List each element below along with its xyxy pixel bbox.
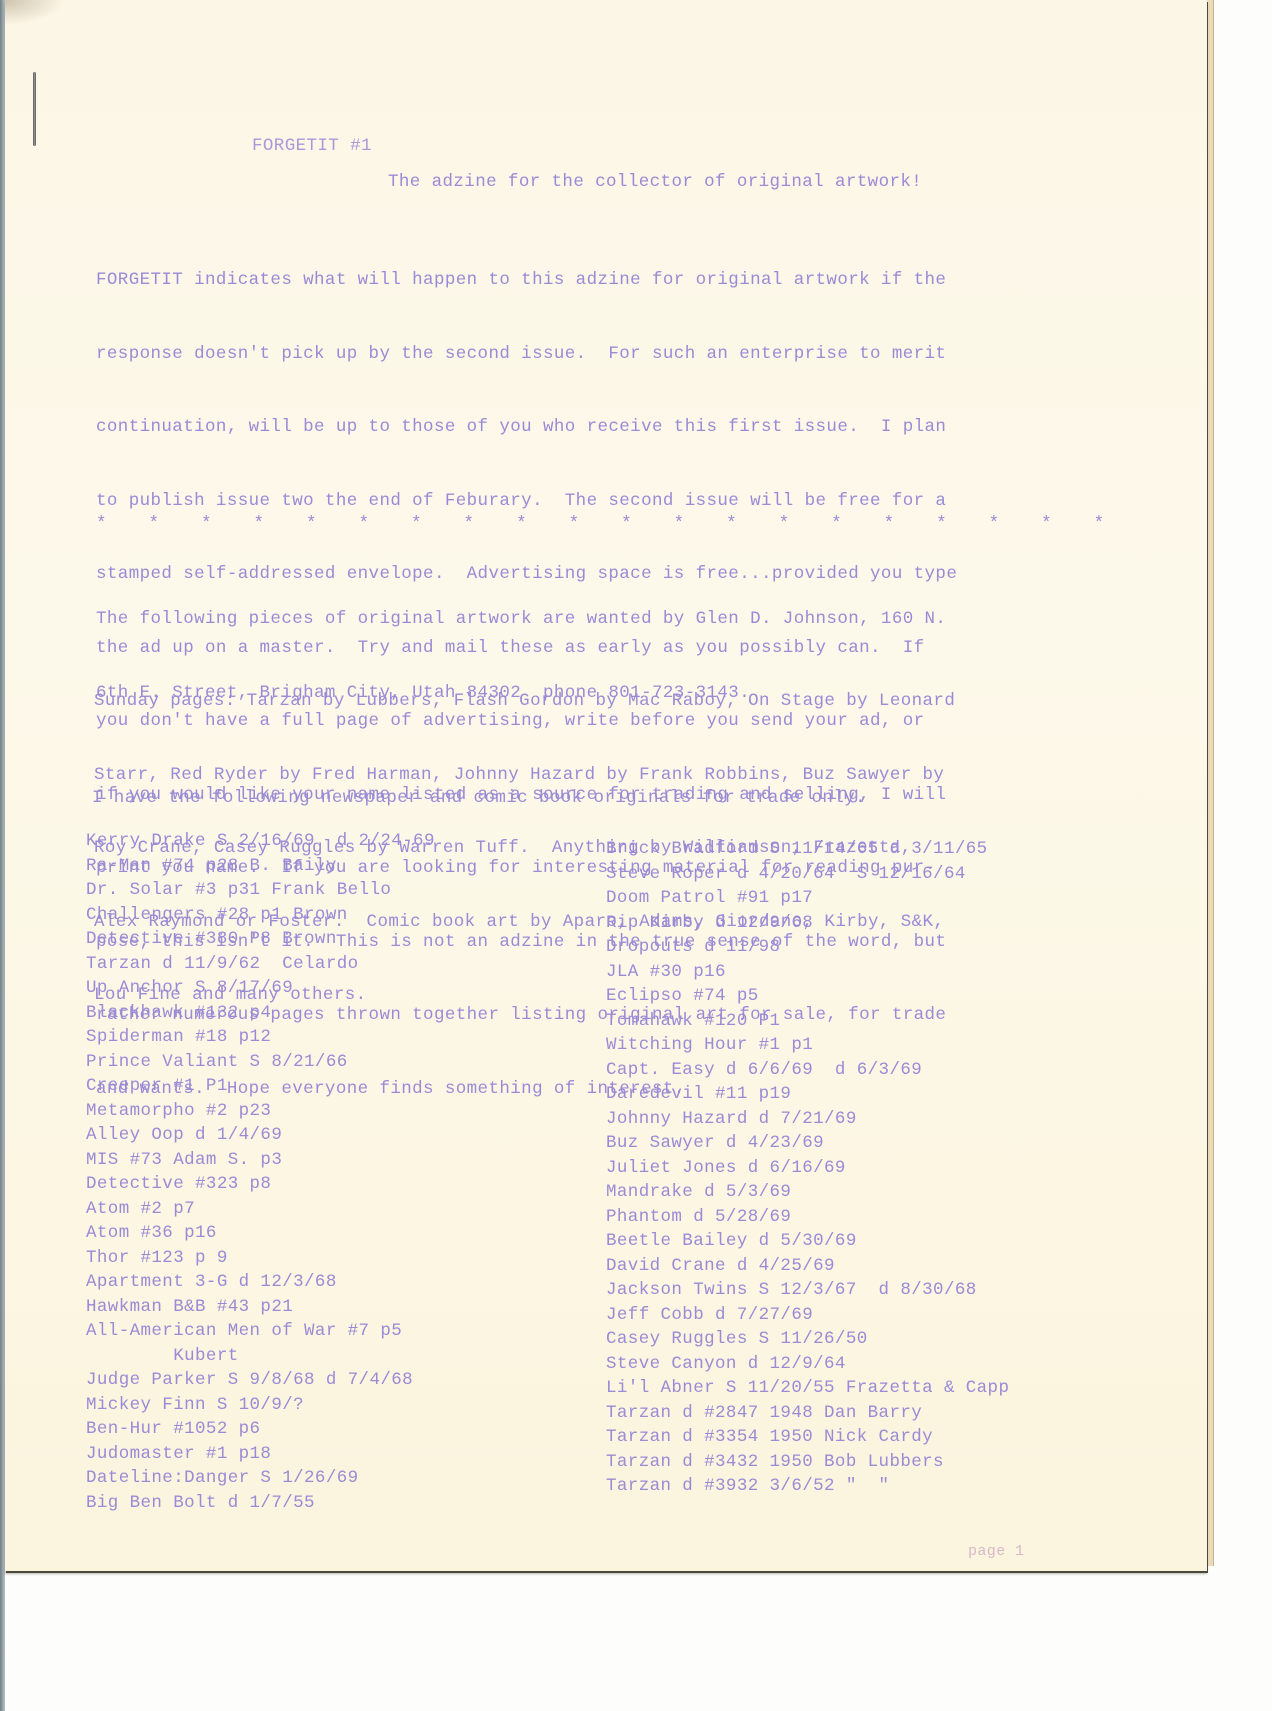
- list-item: Atom #36 p16: [86, 1221, 435, 1246]
- list-item: Dateline:Danger S 1/26/69: [86, 1466, 435, 1491]
- list-item: Ra-Man #74 p28 B. Baily: [86, 854, 435, 879]
- list-item: Daredevil #11 p19: [606, 1082, 1009, 1107]
- list-item: Challengers #28 p1 Brown: [86, 903, 435, 928]
- list-item: Tarzan d 11/9/62 Celardo: [86, 952, 435, 977]
- trade-list-right: Brick Bradford S 11/14/65 d 3/11/65Steve…: [606, 837, 1009, 1499]
- list-item: Kubert: [86, 1344, 435, 1369]
- list-item: Witching Hour #1 p1: [606, 1033, 1009, 1058]
- intro-line: to publish issue two the end of Feburary…: [96, 489, 957, 514]
- list-item: Juliet Jones d 6/16/69: [606, 1156, 1009, 1181]
- list-item: Li'l Abner S 11/20/55 Frazetta & Capp: [606, 1376, 1009, 1401]
- list-item: Capt. Easy d 6/6/69 d 6/3/69: [606, 1058, 1009, 1083]
- list-item: Johnny Hazard d 7/21/69: [606, 1107, 1009, 1132]
- list-item: Tarzan d #3354 1950 Nick Cardy: [606, 1425, 1009, 1450]
- list-item: Atom #2 p7: [86, 1197, 435, 1222]
- list-item: Phantom d 5/28/69: [606, 1205, 1009, 1230]
- list-item: Dropouts d 11/98: [606, 935, 1009, 960]
- list-item: Prince Valiant S 8/21/66: [86, 1050, 435, 1075]
- list-item: Kerry Drake S 2/16/69 d 2/24-69: [86, 829, 435, 854]
- list-item: Metamorpho #2 p23: [86, 1099, 435, 1124]
- asterisk-separator: * * * * * * * * * * * * * * * * * * * *: [96, 512, 1104, 537]
- list-item: Doom Patrol #91 p17: [606, 886, 1009, 911]
- list-item: Hawkman B&B #43 p21: [86, 1295, 435, 1320]
- list-item: Alley Oop d 1/4/69: [86, 1123, 435, 1148]
- intro-line: FORGETIT indicates what will happen to t…: [96, 268, 957, 293]
- list-item: Tarzan d #3432 1950 Bob Lubbers: [606, 1450, 1009, 1475]
- list-item: Jackson Twins S 12/3/67 d 8/30/68: [606, 1278, 1009, 1303]
- trade-list-left: Kerry Drake S 2/16/69 d 2/24-69Ra-Man #7…: [86, 829, 435, 1515]
- list-item: Buz Sawyer d 4/23/69: [606, 1131, 1009, 1156]
- list-item: All-American Men of War #7 p5: [86, 1319, 435, 1344]
- intro-line: continuation, will be up to those of you…: [96, 415, 957, 440]
- list-item: Beetle Bailey d 5/30/69: [606, 1229, 1009, 1254]
- intro-line: response doesn't pick up by the second i…: [96, 342, 957, 367]
- list-item: Apartment 3-G d 12/3/68: [86, 1270, 435, 1295]
- list-item: Brick Bradford S 11/14/65 d 3/11/65: [606, 837, 1009, 862]
- list-item: Detective #323 p8: [86, 1172, 435, 1197]
- list-item: Creeper #1 P1: [86, 1074, 435, 1099]
- list-item: Ben-Hur #1052 p6: [86, 1417, 435, 1442]
- list-item: Judge Parker S 9/8/68 d 7/4/68: [86, 1368, 435, 1393]
- list-item: Dr. Solar #3 p31 Frank Bello: [86, 878, 435, 903]
- list-item: Steve Roper d 4/20/64 S 12/16/64: [606, 862, 1009, 887]
- list-item: Up Anchor S 8/17/69: [86, 976, 435, 1001]
- list-item: Mickey Finn S 10/9/?: [86, 1393, 435, 1418]
- list-item: Steve Canyon d 12/9/64: [606, 1352, 1009, 1377]
- document-title: FORGETIT #1: [252, 134, 372, 159]
- list-item: Detective #380 P8 Brown: [86, 927, 435, 952]
- corner-stain: [5, 0, 65, 25]
- list-item: Spiderman #18 p12: [86, 1025, 435, 1050]
- list-item: JLA #30 p16: [606, 960, 1009, 985]
- sunday-line: Starr, Red Ryder by Fred Harman, Johnny …: [94, 763, 955, 788]
- list-item: Blackhawk #132 p4: [86, 1001, 435, 1026]
- list-item: Big Ben Bolt d 1/7/55: [86, 1491, 435, 1516]
- list-item: Rip Kirby d 12/9/68: [606, 911, 1009, 936]
- document-subtitle: The adzine for the collector of original…: [388, 170, 922, 195]
- trade-intro: I have the following newspaper and comic…: [92, 786, 866, 811]
- list-item: MIS #73 Adam S. p3: [86, 1148, 435, 1173]
- list-item: Thor #123 p 9: [86, 1246, 435, 1271]
- list-item: Jeff Cobb d 7/27/69: [606, 1303, 1009, 1328]
- list-item: Eclipso #74 p5: [606, 984, 1009, 1009]
- sunday-line: Sunday pages: Tarzan by Lubbers, Flash G…: [94, 689, 955, 714]
- page-number: page 1: [968, 1540, 1024, 1565]
- list-item: Tomahawk #120 P1: [606, 1009, 1009, 1034]
- wanted-line: The following pieces of original artwork…: [96, 607, 946, 632]
- staple-icon: [33, 72, 36, 146]
- list-item: Casey Ruggles S 11/26/50: [606, 1327, 1009, 1352]
- list-item: David Crane d 4/25/69: [606, 1254, 1009, 1279]
- list-item: Tarzan d #2847 1948 Dan Barry: [606, 1401, 1009, 1426]
- list-item: Tarzan d #3932 3/6/52 " ": [606, 1474, 1009, 1499]
- list-item: Mandrake d 5/3/69: [606, 1180, 1009, 1205]
- list-item: Judomaster #1 p18: [86, 1442, 435, 1467]
